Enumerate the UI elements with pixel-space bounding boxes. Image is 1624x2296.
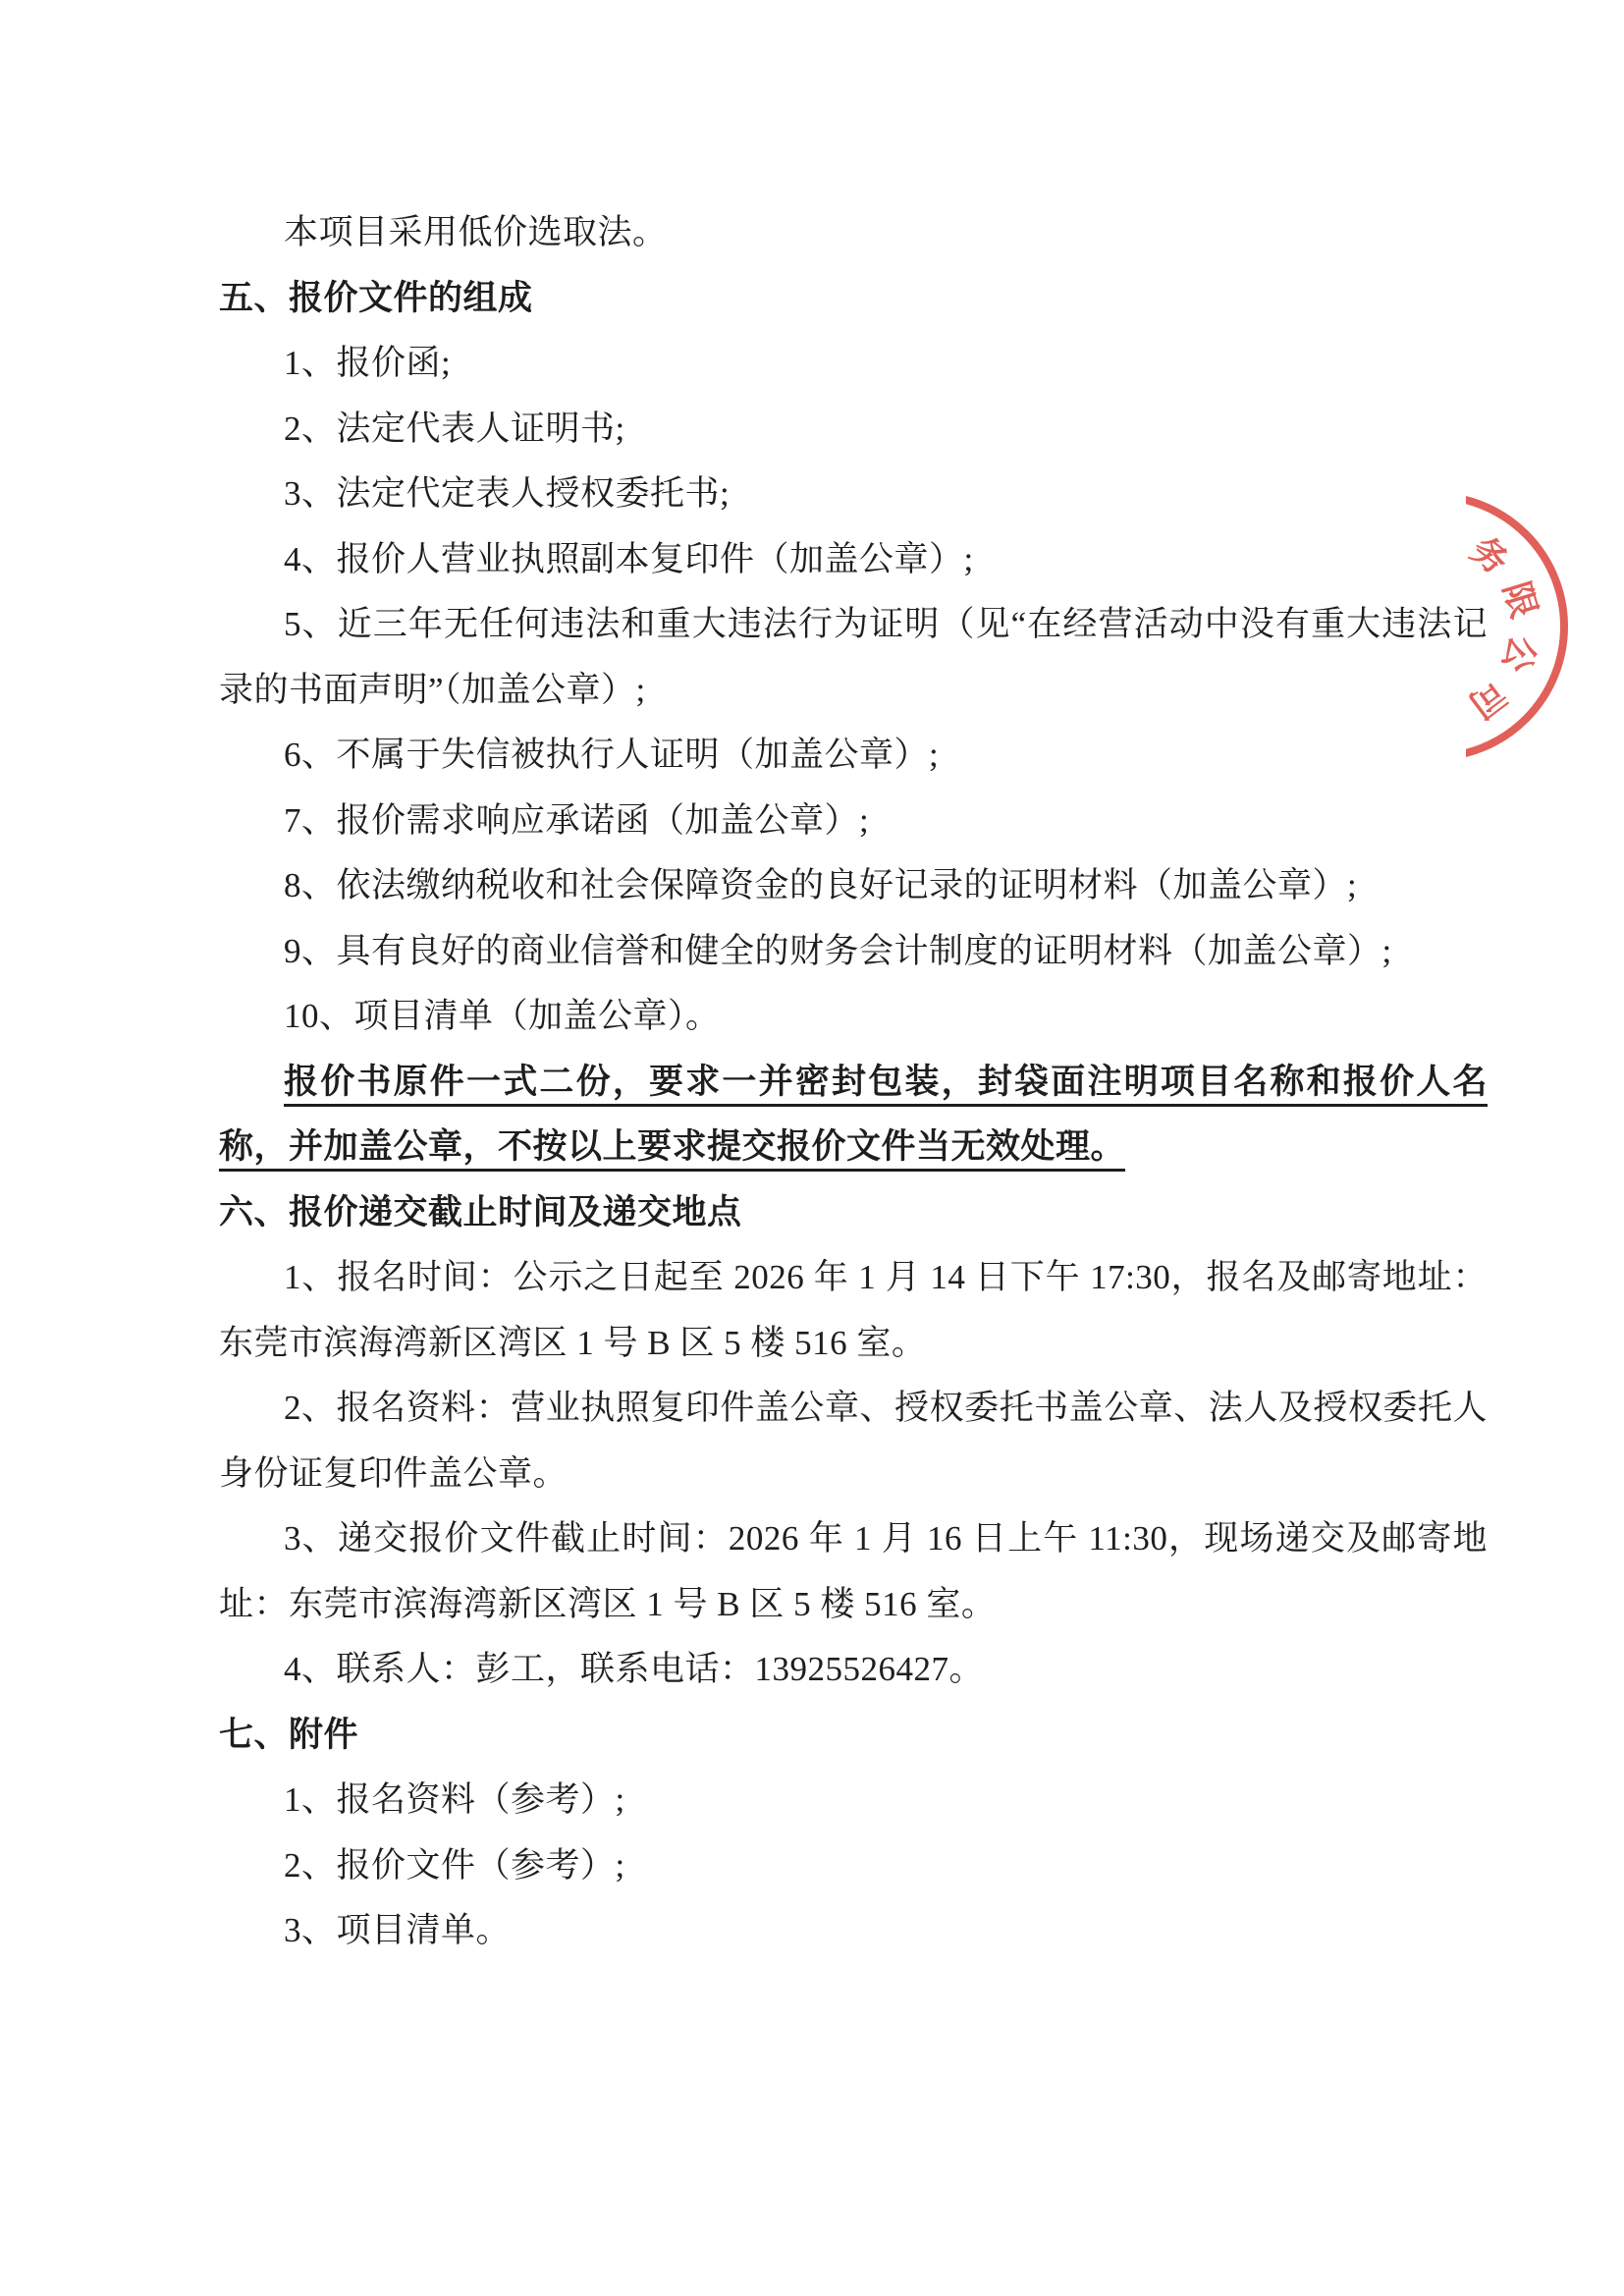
list-item: 8、依法缴纳税收和社会保障资金的良好记录的证明材料（加盖公章）; (219, 853, 1488, 919)
document-page: 本项目采用低价选取法。 五、报价文件的组成 1、报价函; 2、法定代表人证明书;… (0, 0, 1624, 2296)
list-item: 3、法定代定表人授权委托书; (219, 462, 1488, 527)
list-item: 4、报价人营业执照副本复印件（加盖公章）; (219, 527, 1488, 593)
list-item: 2、报名资料：营业执照复印件盖公章、授权委托书盖公章、法人及授权委托人身份证复印… (219, 1376, 1488, 1506)
list-item: 2、法定代表人证明书; (219, 397, 1488, 463)
paragraph-method: 本项目采用低价选取法。 (219, 200, 1488, 266)
list-item: 5、近三年无任何违法和重大违法行为证明（见“在经营活动中没有重大违法记录的书面声… (219, 592, 1488, 723)
section-heading-7: 七、附件 (219, 1703, 1488, 1769)
list-item: 10、项目清单（加盖公章）。 (219, 984, 1488, 1050)
section-heading-6: 六、报价递交截止时间及递交地点 (219, 1180, 1488, 1246)
list-item: 3、递交报价文件截止时间：2026 年 1 月 16 日上午 11:30，现场递… (219, 1506, 1488, 1637)
list-item: 2、报价文件（参考）; (219, 1833, 1488, 1899)
list-item: 1、报价函; (219, 331, 1488, 397)
list-item: 9、具有良好的商业信誉和健全的财务会计制度的证明材料（加盖公章）; (219, 919, 1488, 985)
red-seal-stamp-icon: 务 限 公 司 (1466, 489, 1624, 774)
sealed-package-requirement: 报价书原件一式二份，要求一并密封包装，封袋面注明项目名称和报价人名称，并加盖公章… (219, 1050, 1488, 1180)
stamp-char-3: 公 (1494, 631, 1543, 678)
list-item: 3、项目清单。 (219, 1898, 1488, 1964)
document-body: 本项目采用低价选取法。 五、报价文件的组成 1、报价函; 2、法定代表人证明书;… (219, 200, 1488, 1964)
list-item: 4、联系人：彭工，联系电话：13925526427。 (219, 1637, 1488, 1703)
section-heading-5: 五、报价文件的组成 (219, 266, 1488, 332)
stamp-char-2: 限 (1496, 577, 1544, 623)
list-item: 1、报名资料（参考）; (219, 1768, 1488, 1833)
list-item: 1、报名时间：公示之日起至 2026 年 1 月 14 日下午 17:30，报名… (219, 1245, 1488, 1376)
list-item: 7、报价需求响应承诺函（加盖公章）; (219, 789, 1488, 854)
list-item: 6、不属于失信被执行人证明（加盖公章）; (219, 723, 1488, 789)
